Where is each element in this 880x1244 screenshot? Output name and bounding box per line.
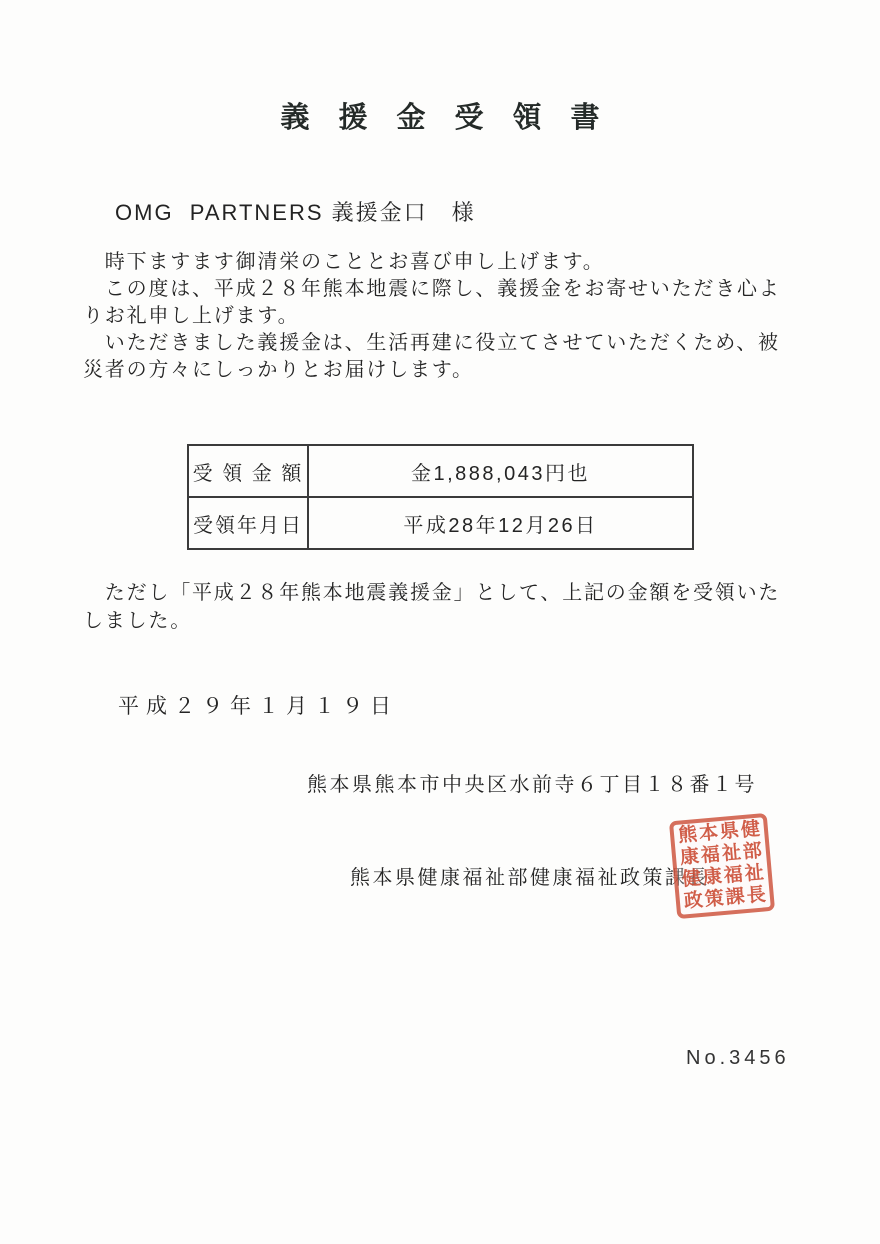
greeting-line: りお礼申し上げます。	[83, 303, 813, 330]
greeting-line: 災者の方々にしっかりとお届けします。	[83, 357, 813, 384]
note-line: ただし「平成２８年熊本地震義援金」として、上記の金額を受領いた	[83, 579, 813, 607]
official-red-seal: 熊本県健 康福祉部 健康福祉 政策課長	[669, 813, 775, 919]
date-row-label: 受領年月日	[188, 497, 308, 549]
issuer-address: 熊本県熊本市中央区水前寺６丁目１８番１号	[307, 768, 757, 797]
table-row-date: 受領年月日 平成28年12月26日	[188, 497, 693, 549]
greeting-line: この度は、平成２８年熊本地震に際し、義援金をお寄せいただき心よ	[83, 276, 813, 303]
amount-row-value: 金1,888,043円也	[308, 445, 693, 497]
issuer-title: 熊本県健康福祉部健康福祉政策課長	[350, 861, 710, 890]
note-paragraph: ただし「平成２８年熊本地震義援金」として、上記の金額を受領いた しました。	[83, 579, 813, 635]
greeting-line: いただきました義援金は、生活再建に役立てさせていただくため、被	[83, 330, 813, 357]
note-line: しました。	[83, 607, 813, 635]
receipt-amount-table: 受 領 金 額 金1,888,043円也 受領年月日 平成28年12月26日	[187, 444, 694, 550]
greeting-paragraphs: 時下ますます御清栄のこととお喜び申し上げます。 この度は、平成２８年熊本地震に際…	[83, 249, 813, 384]
table-row-amount: 受 領 金 額 金1,888,043円也	[188, 445, 693, 497]
document-title: 義援金受領書	[0, 95, 880, 136]
issue-date: 平成２９年１月１９日	[118, 690, 398, 720]
greeting-line: 時下ますます御清栄のこととお喜び申し上げます。	[83, 249, 813, 276]
receipt-document-page: 義援金受領書 OMG PARTNERS 義援金口 様 時下ますます御清栄のことと…	[0, 0, 880, 1244]
document-serial-number: No.3456	[686, 1047, 790, 1070]
addressee-line: OMG PARTNERS 義援金口 様	[115, 196, 476, 227]
date-row-value: 平成28年12月26日	[308, 497, 693, 549]
amount-row-label: 受 領 金 額	[188, 445, 308, 497]
